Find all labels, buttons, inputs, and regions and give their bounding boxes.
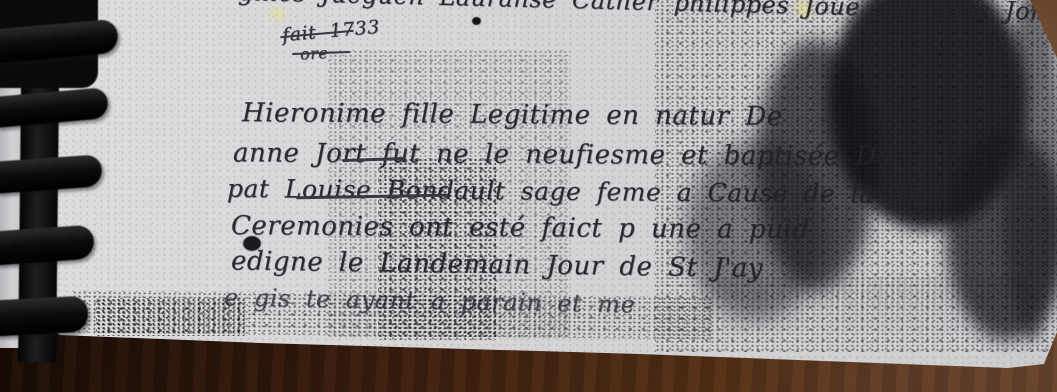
photo-scene: gilles Jueguen Lauranse Cather philippes… [0, 0, 1057, 392]
handwriting-note-flourish: ore [300, 43, 329, 63]
strike-through-stroke [280, 30, 354, 38]
strike-through-stroke [296, 194, 448, 199]
toner-smudge [686, 140, 826, 320]
photocopy-noise-bottom [72, 291, 712, 340]
photocopy-noise-left [328, 50, 570, 338]
photocopy-noise-right [655, 0, 1057, 352]
photocopy-noise-left-core [378, 158, 496, 340]
handwriting-line: edigne le Landemain Jour de St J'ay [231, 246, 763, 283]
pen-dash-stroke [342, 157, 406, 162]
handwriting-header-line: gilles Jueguen Lauranse Cather philippes… [238, 0, 1057, 26]
comb-binding [0, 0, 140, 392]
underline-flourish [292, 51, 350, 55]
handwriting-line: Ceremonies ont esté faict p une a puid [231, 211, 809, 245]
handwriting-crossed-note: fait 1733 [281, 16, 381, 46]
toner-smudge-fringe [700, 276, 1030, 346]
highlighter-mark [792, 0, 816, 22]
toner-smudge [756, 40, 876, 290]
handwriting-line: pat Louise Bondault sage feme a Cause de… [227, 174, 928, 209]
binding-tooth [0, 154, 103, 193]
ink-dot [472, 17, 481, 25]
toner-smudge-right-edge [1002, 0, 1057, 340]
binding-tooth [0, 225, 95, 266]
handwriting-line: Hieronime fille Legitime en natur De [242, 98, 783, 132]
handwriting-line: anne Jort fut ne le neufiesme et baptisé… [233, 138, 893, 171]
toner-smudge [946, 130, 1057, 340]
handwriting-line: e gis te ayant a parain et me [224, 283, 636, 318]
highlighter-mark [266, 4, 290, 24]
binding-tooth [0, 296, 89, 337]
toner-smudge-dark-core [828, 0, 1028, 230]
document-page: gilles Jueguen Lauranse Cather philippes… [0, 0, 1057, 392]
ink-blot [243, 236, 261, 251]
